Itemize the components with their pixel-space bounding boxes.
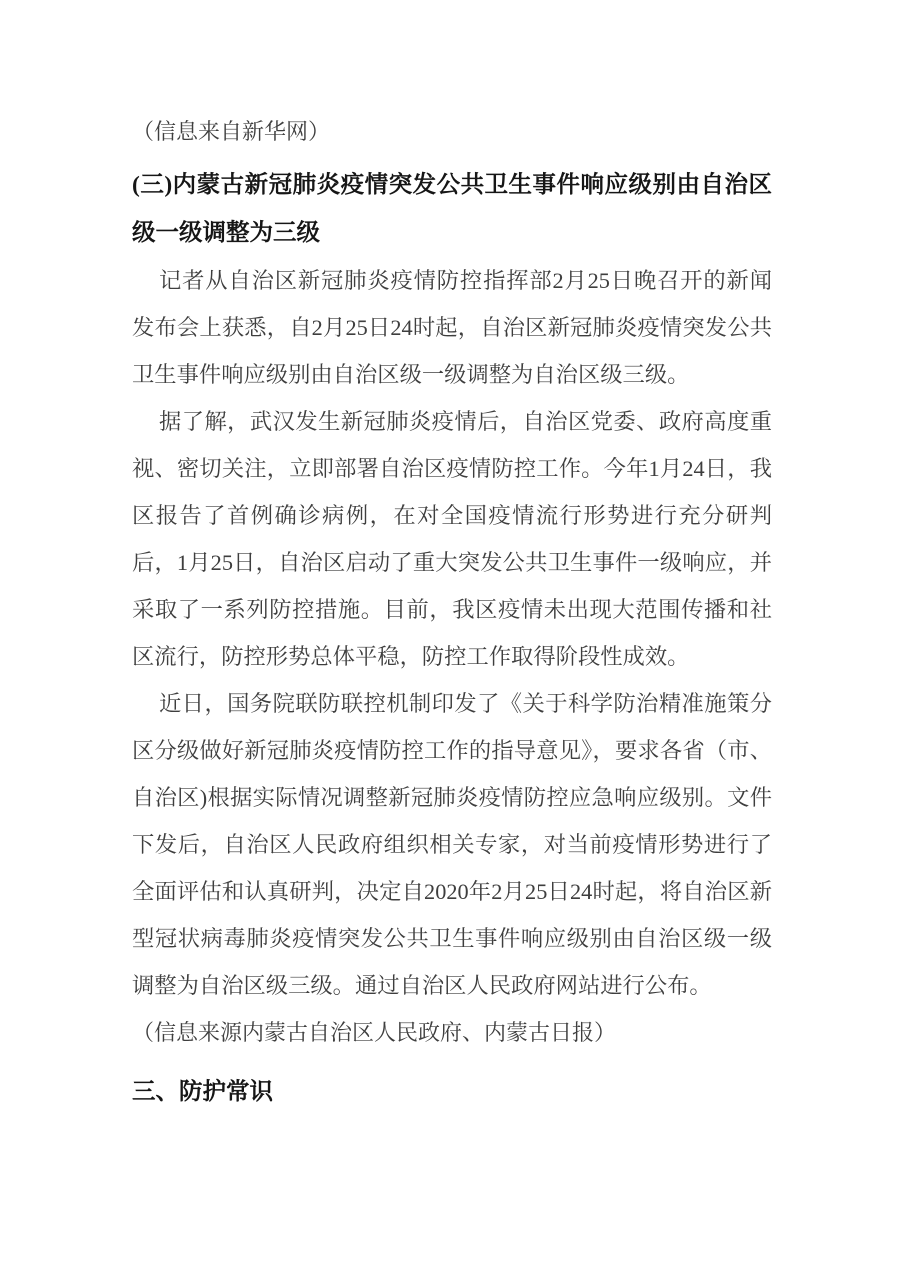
source-note-bottom: （信息来源内蒙古自治区人民政府、内蒙古日报） [132,1009,772,1056]
paragraph-3: 近日，国务院联防联控机制印发了《关于科学防治精准施策分区分级做好新冠肺炎疫情防控… [132,680,772,1009]
paragraph-2: 据了解，武汉发生新冠肺炎疫情后，自治区党委、政府高度重视、密切关注，立即部署自治… [132,398,772,680]
document-page: （信息来自新华网） (三)内蒙古新冠肺炎疫情突发公共卫生事件响应级别由自治区级一… [0,0,900,1273]
paragraph-1: 记者从自治区新冠肺炎疫情防控指挥部2月25日晚召开的新闻发布会上获悉，自2月25… [132,257,772,398]
source-note-top: （信息来自新华网） [132,108,772,155]
next-section-heading: 三、防护常识 [132,1068,772,1116]
section-heading: (三)内蒙古新冠肺炎疫情突发公共卫生事件响应级别由自治区级一级调整为三级 [132,161,772,257]
